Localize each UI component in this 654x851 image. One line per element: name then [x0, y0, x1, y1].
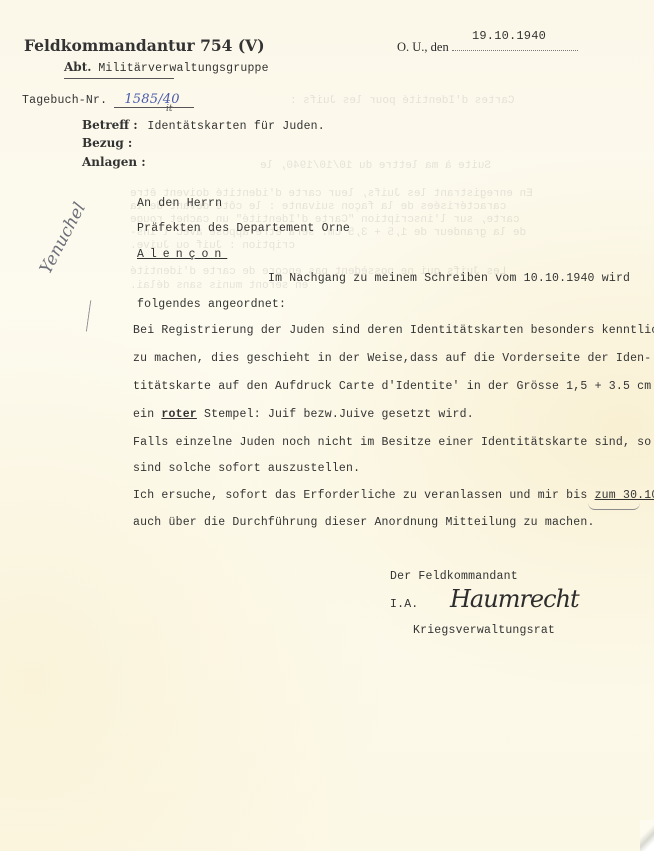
- handwritten-signature: Haumrecht: [450, 585, 579, 613]
- journal-number: 1585/40: [114, 92, 194, 108]
- journal-label: Tagebuch-Nr.: [22, 94, 107, 107]
- deadline-prefix: Ich ersuche, sofort das Erforderliche zu…: [133, 489, 595, 502]
- stamp-line-prefix: ein: [133, 408, 161, 421]
- subject-line: Betreff : Identätskarten für Juden.: [82, 116, 325, 134]
- letter-date: 19.10.1940: [472, 29, 546, 43]
- margin-initials: Yenuchel: [36, 199, 90, 277]
- place-label: O. U., den: [397, 40, 449, 54]
- body-line: sind solche sofort auszustellen.: [133, 462, 360, 475]
- body-line: Bei Registrierung der Juden sind deren I…: [133, 324, 654, 337]
- signature-title: Der Feldkommandant: [390, 570, 518, 583]
- show-through-line: Suite à ma lettre du 10/10/1940, le: [260, 160, 491, 172]
- body-line: auch über die Durchführung dieser Anordn…: [133, 516, 595, 529]
- office-heading: Feldkommandantur 754 (V): [24, 36, 265, 55]
- stamp-line-suffix: Stempel: Juif bezw.Juive gesetzt wird.: [197, 408, 474, 421]
- body-line: Im Nachgang zu meinem Schreiben vom 10.1…: [268, 272, 630, 285]
- subject-correction: it: [166, 104, 173, 114]
- signature-rank: Kriegsverwaltungsrat: [413, 624, 555, 637]
- body-line: Falls einzelne Juden noch nicht im Besit…: [133, 436, 651, 449]
- deadline-date: zum 30.10.40: [595, 489, 654, 502]
- signature-on-behalf: I.A.: [390, 598, 418, 611]
- department-line: Abt. Militärverwaltungsgruppe: [64, 60, 269, 75]
- body-line: titätskarte auf den Aufdruck Carte d'Ide…: [133, 380, 651, 393]
- body-line: zu machen, dies geschieht in der Weise,d…: [133, 352, 651, 365]
- torn-corner: [640, 820, 654, 851]
- margin-pencil-stroke: [86, 300, 93, 332]
- department-name: Militärverwaltungsgruppe: [98, 62, 268, 75]
- subject-label: Betreff :: [82, 118, 138, 132]
- show-through-line: Cartes d'Identité pour les Juifs :: [290, 95, 514, 107]
- recipient-line2: Präfekten des Departement Orne: [137, 222, 350, 235]
- stamp-instruction-line: ein roter Stempel: Juif bezw.Juive geset…: [133, 408, 474, 421]
- relation-label: Bezug :: [82, 136, 132, 150]
- body-line: folgendes angeordnet:: [137, 298, 286, 311]
- stamp-color-word: roter: [161, 408, 197, 421]
- department-rule: [64, 78, 174, 79]
- attachments-label: Anlagen :: [82, 155, 146, 169]
- recipient-line1: An den Herrn: [137, 197, 222, 210]
- recipient-city: Alençon: [137, 248, 227, 261]
- deadline-line: Ich ersuche, sofort das Erforderliche zu…: [133, 489, 654, 502]
- department-prefix: Abt.: [64, 60, 91, 74]
- pencil-underline-mark: [588, 503, 640, 510]
- document-page: Cartes d'Identité pour les Juifs : Suite…: [0, 0, 654, 851]
- subject-value: Identätskarten für Juden.: [147, 120, 325, 133]
